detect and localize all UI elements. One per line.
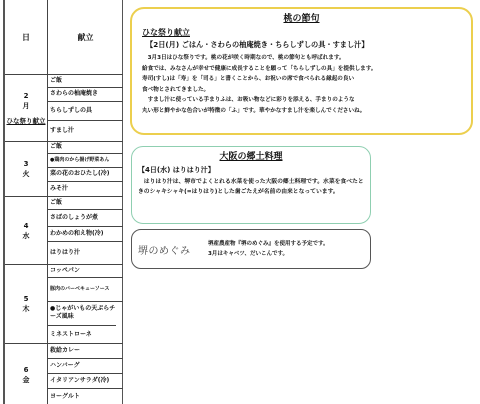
menu-item: ミネストローネ [48,326,123,343]
menu-item: さわらの柚庵焼き [48,88,123,102]
osaka-title: 大阪の郷土料理 [138,151,364,163]
menu-item: すまし汁 [48,121,123,141]
sakai-text: 堺産農産物『堺のめぐみ』を使用する予定です。 3月はキャベツ、だいこんです。 [208,239,329,259]
menu-item: 救給カレー [48,344,123,359]
sakai-megumi-box: 堺のめぐみ 堺産農産物『堺のめぐみ』を使用する予定です。 3月はキャベツ、だいこ… [131,229,371,269]
day-row-5: 5 木 コッペパン 豚肉のバーベキューソース ●じゃがいもの天ぷらチーズ風味 ミ… [5,265,123,344]
day-cell: 4 水 [5,197,48,264]
menu-item: みそ汁 [48,182,123,196]
menu-item: ハンバーグ [48,359,123,374]
sakai-line: 堺産農産物『堺のめぐみ』を使用する予定です。 [208,239,329,249]
menu-item: わかめの和え物(冷) [48,227,123,243]
sakai-megumi-logo: 堺のめぐみ [138,242,208,257]
menu-item: ヨーグルト [48,389,123,404]
day-row-2: 2 月 ひな祭り献立 ご飯 さわらの柚庵焼き ちらしずしの具 すまし汁 [5,75,123,142]
header-menu: 献立 [48,0,123,74]
momo-line: すまし汁に使っている手まりふは、お吸い物などに彩りを添える、手まりのような [142,95,461,106]
day-note: ひな祭り献立 [7,117,46,125]
momo-title: 桃の節句 [142,13,461,25]
menu-item: ご飯 [48,142,123,154]
day-weekday: 火 [23,169,30,179]
momo-line: 3月3日はひな祭りです。桃の花が咲く時期なので、桃の節句とも呼ばれます。 [142,53,461,64]
menu-table: 日 献立 2 月 ひな祭り献立 ご飯 さわらの柚庵焼き ちらしずしの具 すまし汁… [3,0,123,404]
menu-item: 豚肉のバーベキューソース [48,278,123,302]
header-day: 日 [5,0,48,74]
day-date: 6 [24,365,29,375]
menu-item: さばのしょうが煮 [48,210,123,227]
osaka-local-dish-box: 大阪の郷土料理 【4日(水) はりはり汁】 はりはり汁は、堺市でよくとれる水菜を… [131,146,371,224]
day-cell: 2 月 ひな祭り献立 [5,75,48,141]
osaka-menu-line: 【4日(水) はりはり汁】 [138,165,364,175]
day-date: 3 [24,159,29,169]
day-row-6: 6 金 救給カレー ハンバーグ イタリアンサラダ(冷) ヨーグルト [5,344,123,404]
menu-item: はりはり汁 [48,242,123,264]
day-row-3: 3 火 ご飯 ●鶏肉のから揚げ野菜あん 菜の花のおひたし(冷) みそ汁 [5,142,123,197]
momo-line: 丸い形と鮮やかな色合いが特徴の「ふ」です。華やかなすまし汁を楽しんでくださいね。 [142,106,461,117]
day-weekday: 金 [23,375,30,385]
menu-item: コッペパン [48,265,123,278]
day-date: 4 [24,221,29,231]
momo-line: 寿司(すし)は「寿」を「司る」と書くことから、お祝いの席で食べられる縁起の良い [142,74,461,85]
sakai-line: 3月はキャベツ、だいこんです。 [208,249,329,259]
day-row-4: 4 水 ご飯 さばのしょうが煮 わかめの和え物(冷) はりはり汁 [5,197,123,265]
day-weekday: 木 [23,304,30,314]
menu-item: イタリアンサラダ(冷) [48,374,123,390]
momo-no-sekku-box: 桃の節句 ひな祭り献立 【2日(月) ごはん・さわらの柚庵焼き・ちらしずしの具・… [130,7,473,135]
table-header: 日 献立 [5,0,123,75]
momo-subtitle: ひな祭り献立 [142,27,461,38]
menu-item: ご飯 [48,75,123,88]
day-weekday: 水 [23,231,30,241]
day-cell: 3 火 [5,142,48,196]
momo-menu-line: 【2日(月) ごはん・さわらの柚庵焼き・ちらしずしの具・すまし汁】 [142,40,461,50]
day-cell: 5 木 [5,265,48,343]
menu-item: ●鶏肉のから揚げ野菜あん [48,154,123,168]
menu-item: ご飯 [48,197,123,210]
menu-item: ●じゃがいもの天ぷらチーズ風味 [48,302,116,327]
momo-line: 食べ物とされてきました。 [142,85,461,96]
momo-line: 給食では、みなさんが幸せで健康に成長することを願って「ちらしずしの具」を提供しま… [142,64,461,75]
menu-item: 菜の花のおひたし(冷) [48,168,123,183]
osaka-body: はりはり汁は、堺市でよくとれる水菜を使った大阪の郷土料理です。水菜を食べたときの… [138,177,364,197]
day-date: 5 [24,294,29,304]
menu-item: ちらしずしの具 [48,102,123,122]
day-weekday: 月 [23,101,30,111]
momo-body: 3月3日はひな祭りです。桃の花が咲く時期なので、桃の節句とも呼ばれます。 給食で… [142,53,461,116]
day-cell: 6 金 [5,344,48,404]
day-date: 2 [24,91,29,101]
